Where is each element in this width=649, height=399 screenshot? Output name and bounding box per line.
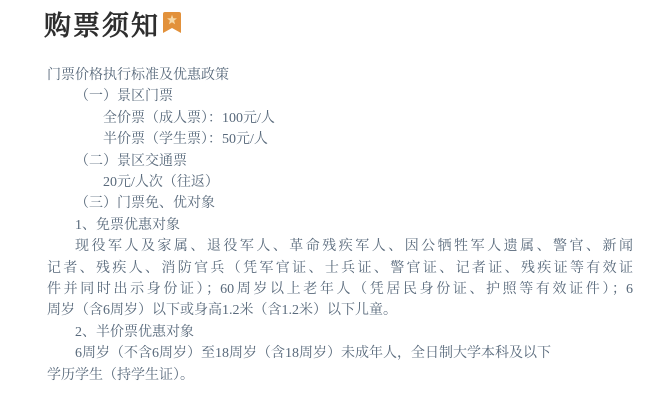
- text-line-price-item: 20元/人次（往返）: [47, 172, 633, 193]
- text-line-list-label: 2、半价票优惠对象: [47, 322, 633, 343]
- text-line-paragraph-line: 6周岁（不含6周岁）至18周岁（含18周岁）未成年人，全日制大学本科及以下: [47, 343, 633, 364]
- notice-page: 购票须知 门票价格执行标准及优惠政策（一）景区门票全价票（成人票）：100元/人…: [0, 0, 649, 399]
- text-line-paragraph-line: 周岁（含6周岁）以下或身高1.2米（含1.2米）以下儿童。: [47, 300, 633, 321]
- text-line-paragraph-line: 学历学生（持学生证）。: [47, 365, 633, 386]
- page-title-row: 购票须知: [44, 10, 160, 44]
- text-line-section-label: （二）景区交通票: [47, 151, 633, 172]
- text-line-heading: 门票价格执行标准及优惠政策: [47, 65, 633, 86]
- text-line-list-label: 1、免票优惠对象: [47, 215, 633, 236]
- text-line-paragraph-line: 记者、残疾人、消防官兵（凭军官证、士兵证、警官证、记者证、残疾证等有效证: [47, 258, 633, 279]
- text-line-paragraph-line: 件并同时出示身份证）；60周岁以上老年人（凭居民身份证、护照等有效证件）；6: [47, 279, 633, 300]
- page-title: 购票须知: [44, 10, 160, 42]
- notice-body: 门票价格执行标准及优惠政策（一）景区门票全价票（成人票）：100元/人半价票（学…: [47, 65, 633, 386]
- text-line-paragraph-line: 现役军人及家属、退役军人、革命残疾军人、因公牺牲军人遗属、警官、新闻: [47, 236, 633, 257]
- text-line-price-item: 半价票（学生票）：50元/人: [47, 129, 633, 150]
- text-line-section-label: （三）门票免、优对象: [47, 193, 633, 214]
- bookmark-star-icon: [163, 12, 181, 33]
- text-line-section-label: （一）景区门票: [47, 86, 633, 107]
- text-line-price-item: 全价票（成人票）：100元/人: [47, 108, 633, 129]
